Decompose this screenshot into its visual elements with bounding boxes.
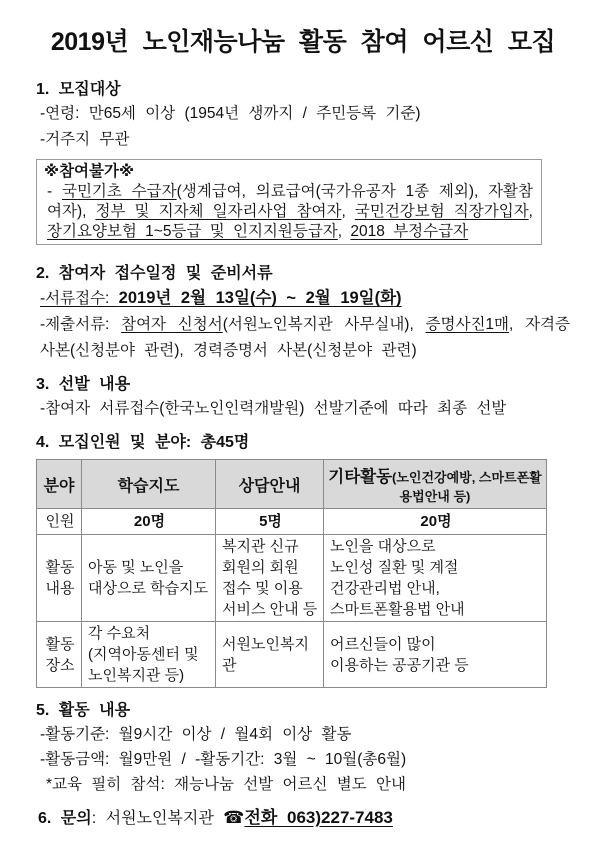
exclusion-notice-box: ※참여불가※ - 국민기초 수급자(생계급여, 의료급여(국가유공자 1종 제외…	[36, 159, 542, 245]
docs-underline-1: 참여자 신청서	[121, 316, 223, 333]
inquiry-label: 문의	[61, 810, 92, 827]
notice-underline-1: 국민기초 수급자	[62, 183, 177, 200]
header-tutoring: 학습지도	[82, 460, 216, 509]
documents-line: -제출서류: 참여자 신청서(서원노인복지관 사무실내), 증명사진1매, 자격…	[36, 312, 570, 364]
phone-icon: ☎	[223, 808, 244, 827]
inquiry-line: 6. 문의: 서원노인복지관 ☎전화 063)227-7483	[36, 807, 570, 830]
header-counseling: 상담안내	[216, 460, 324, 509]
header-field: 분야	[37, 460, 82, 509]
notice-underline-5: 2018 부정수급자	[350, 223, 468, 240]
exclusion-notice-text: - 국민기초 수급자(생계급여, 의료급여(국가유공자 1종 제외), 자활참여…	[44, 182, 533, 242]
education-note-line: *교육 필히 참석: 재능나눔 선발 어르신 별도 안내	[36, 772, 570, 797]
notice-underline-3: 국민건강보험 직장가입자	[355, 203, 529, 220]
table-row-count: 인원 20명 5명 20명	[37, 509, 547, 535]
content-tutoring: 아동 및 노인을 대상으로 학습지도	[82, 535, 216, 622]
place-counseling: 서원노인복지관	[216, 622, 324, 688]
table-row-activity-place: 활동 장소 각 수요처 (지역아동센터 및 노인복지관 등) 서원노인복지관 어…	[37, 622, 547, 688]
docs-underline-2: 증명사진1매	[426, 316, 510, 333]
header-other-sub: (노인건강예방, 스마트폰활용법안내 등)	[392, 470, 542, 504]
inquiry-number: 6.	[38, 810, 61, 827]
row-label-count: 인원	[37, 509, 82, 535]
section-2-heading: 2. 참여자 접수일정 및 준비서류	[36, 263, 570, 285]
notice-prefix: -	[47, 183, 62, 200]
selection-line: -참여자 서류접수(한국노인인력개발원) 선발기준에 따라 최종 선발	[36, 396, 570, 422]
content-counseling: 복지관 신규 회원의 회원 접수 및 이용 서비스 안내 등	[216, 535, 324, 622]
notice-plain-2: ,	[341, 203, 354, 220]
exclusion-notice-heading: ※참여불가※	[44, 162, 533, 182]
activity-pay-period-line: -활동금액: 월9만원 / -활동기간: 3월 ~ 10월(총6월)	[36, 747, 570, 772]
notice-plain-3: ,	[529, 203, 533, 220]
section-4-heading: 4. 모집인원 및 분야: 총45명	[36, 432, 570, 454]
row-label-activity-place: 활동 장소	[37, 622, 82, 688]
document-page: 2019년 노인재능나눔 활동 참여 어르신 모집 1. 모집대상 -연령: 만…	[0, 0, 600, 850]
count-counseling: 5명	[216, 509, 324, 535]
place-other: 어르신들이 많이 이용하는 공공기관 등	[324, 622, 547, 688]
header-other-activities: 기타활동(노인건강예방, 스마트폰활용법안내 등)	[324, 460, 547, 509]
docs-label: -제출서류:	[40, 316, 121, 333]
section-5-heading: 5. 활동 내용	[36, 700, 570, 722]
phone-number: 전화 063)227-7483	[244, 808, 392, 827]
table-row-activity-content: 활동 내용 아동 및 노인을 대상으로 학습지도 복지관 신규 회원의 회원 접…	[37, 535, 547, 622]
page-title: 2019년 노인재능나눔 활동 참여 어르신 모집	[36, 26, 570, 59]
inquiry-org: 서원노인복지관	[106, 810, 224, 827]
docs-plain-1: (서원노인복지관 사무실내),	[223, 316, 426, 333]
section-1-heading: 1. 모집대상	[36, 79, 570, 101]
receipt-label: -서류접수:	[40, 290, 119, 307]
notice-plain-4: ,	[338, 223, 351, 240]
age-line: -연령: 만65세 이상 (1954년 생까지 / 주민등록 기준)	[36, 101, 570, 127]
place-tutoring: 각 수요처 (지역아동센터 및 노인복지관 등)	[82, 622, 216, 688]
residence-line: -거주지 무관	[36, 127, 570, 153]
receipt-period: 2019년 2월 13일(수) ~ 2월 19일(화)	[119, 289, 402, 307]
activity-standard-line: -활동기준: 월9시간 이상 / 월4회 이상 활동	[36, 722, 570, 747]
header-other-main: 기타활동	[328, 468, 392, 486]
count-other: 20명	[324, 509, 547, 535]
notice-underline-2: 정부 및 지자체 일자리사업 참여자	[96, 203, 342, 220]
receipt-line: -서류접수: 2019년 2월 13일(수) ~ 2월 19일(화)	[36, 285, 570, 312]
notice-underline-4: 장기요양보험 1~5등급 및 인지지원등급자	[47, 223, 338, 240]
table-header-row: 분야 학습지도 상담안내 기타활동(노인건강예방, 스마트폰활용법안내 등)	[37, 460, 547, 509]
row-label-activity-content: 활동 내용	[37, 535, 82, 622]
recruitment-table: 분야 학습지도 상담안내 기타활동(노인건강예방, 스마트폰활용법안내 등) 인…	[36, 459, 547, 688]
count-tutoring: 20명	[82, 509, 216, 535]
inquiry-separator: :	[92, 810, 106, 827]
content-other: 노인을 대상으로 노인성 질환 및 계절 건강관리법 안내, 스마트폰활용법 안…	[324, 535, 547, 622]
section-3-heading: 3. 선발 내용	[36, 374, 570, 396]
